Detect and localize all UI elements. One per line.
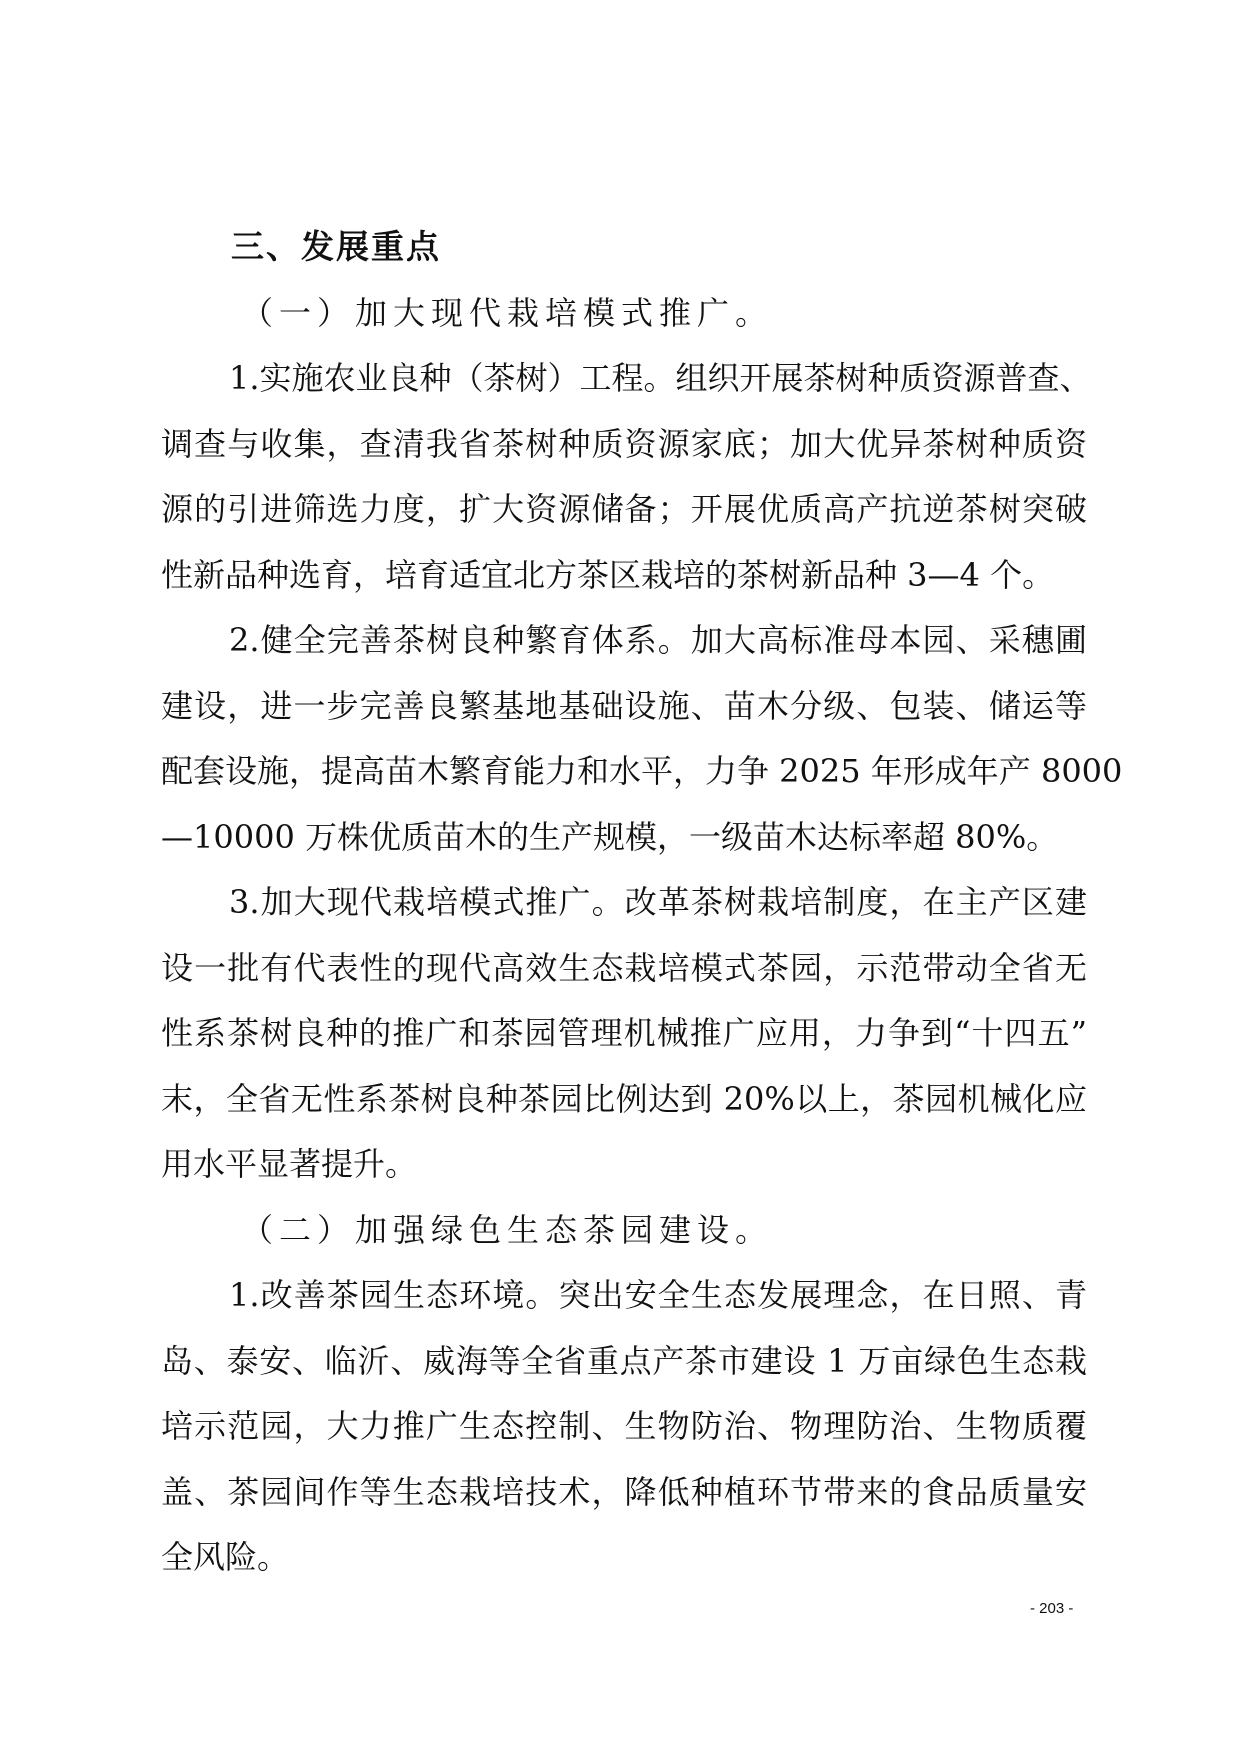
text-line: 设一批有代表性的现代高效生态栽培模式茶园，示范带动全省无 bbox=[161, 943, 1087, 1009]
text-line: 末，全省无性系茶树良种茶园比例达到 20%以上，茶园机械化应 bbox=[161, 1074, 1087, 1140]
text-line: 1.实施农业良种（茶树）工程。组织开展茶树种质资源普查、 bbox=[161, 353, 1087, 419]
text-line: 培示范园，大力推广生态控制、生物防治、物理防治、生物质覆 bbox=[161, 1401, 1087, 1467]
section-heading: 三、发展重点 bbox=[161, 222, 1087, 288]
text-line: 岛、泰安、临沂、威海等全省重点产茶市建设 1 万亩绿色生态栽 bbox=[161, 1336, 1087, 1402]
text-line: 1.改善茶园生态环境。突出安全生态发展理念，在日照、青 bbox=[161, 1270, 1087, 1336]
document-page: 三、发展重点 （一）加大现代栽培模式推广。 1.实施农业良种（茶树）工程。组织开… bbox=[161, 222, 1087, 1598]
text-line: 性新品种选育，培育适宜北方茶区栽培的茶树新品种 3—4 个。 bbox=[161, 550, 1087, 616]
text-line: 配套设施，提高苗木繁育能力和水平，力争 2025 年形成年产 8000 bbox=[161, 746, 1087, 812]
paragraph-2-1: 1.改善茶园生态环境。突出安全生态发展理念，在日照、青 岛、泰安、临沂、威海等全… bbox=[161, 1270, 1087, 1598]
text-line: 全风险。 bbox=[161, 1532, 1087, 1598]
page-number: - 203 - bbox=[1030, 1600, 1073, 1617]
subsection-title-2: （二）加强绿色生态茶园建设。 bbox=[161, 1205, 1087, 1271]
text-line: 源的引进筛选力度，扩大资源储备；开展优质高产抗逆茶树突破 bbox=[161, 484, 1087, 550]
text-line: 用水平显著提升。 bbox=[161, 1139, 1087, 1205]
paragraph-1-1: 1.实施农业良种（茶树）工程。组织开展茶树种质资源普查、 调查与收集，查清我省茶… bbox=[161, 353, 1087, 615]
paragraph-1-3: 3.加大现代栽培模式推广。改革茶树栽培制度，在主产区建 设一批有代表性的现代高效… bbox=[161, 877, 1087, 1205]
subsection-title-1: （一）加大现代栽培模式推广。 bbox=[161, 288, 1087, 354]
paragraph-1-2: 2.健全完善茶树良种繁育体系。加大高标准母本园、采穗圃 建设，进一步完善良繁基地… bbox=[161, 615, 1087, 877]
text-line: 2.健全完善茶树良种繁育体系。加大高标准母本园、采穗圃 bbox=[161, 615, 1087, 681]
text-line: 建设，进一步完善良繁基地基础设施、苗木分级、包装、储运等 bbox=[161, 681, 1087, 747]
text-line: 盖、茶园间作等生态栽培技术，降低种植环节带来的食品质量安 bbox=[161, 1467, 1087, 1533]
text-line: 3.加大现代栽培模式推广。改革茶树栽培制度，在主产区建 bbox=[161, 877, 1087, 943]
text-line: 调查与收集，查清我省茶树种质资源家底；加大优异茶树种质资 bbox=[161, 419, 1087, 485]
text-line: 性系茶树良种的推广和茶园管理机械推广应用，力争到“十四五” bbox=[161, 1008, 1087, 1074]
text-line: —10000 万株优质苗木的生产规模，一级苗木达标率超 80%。 bbox=[161, 812, 1087, 878]
